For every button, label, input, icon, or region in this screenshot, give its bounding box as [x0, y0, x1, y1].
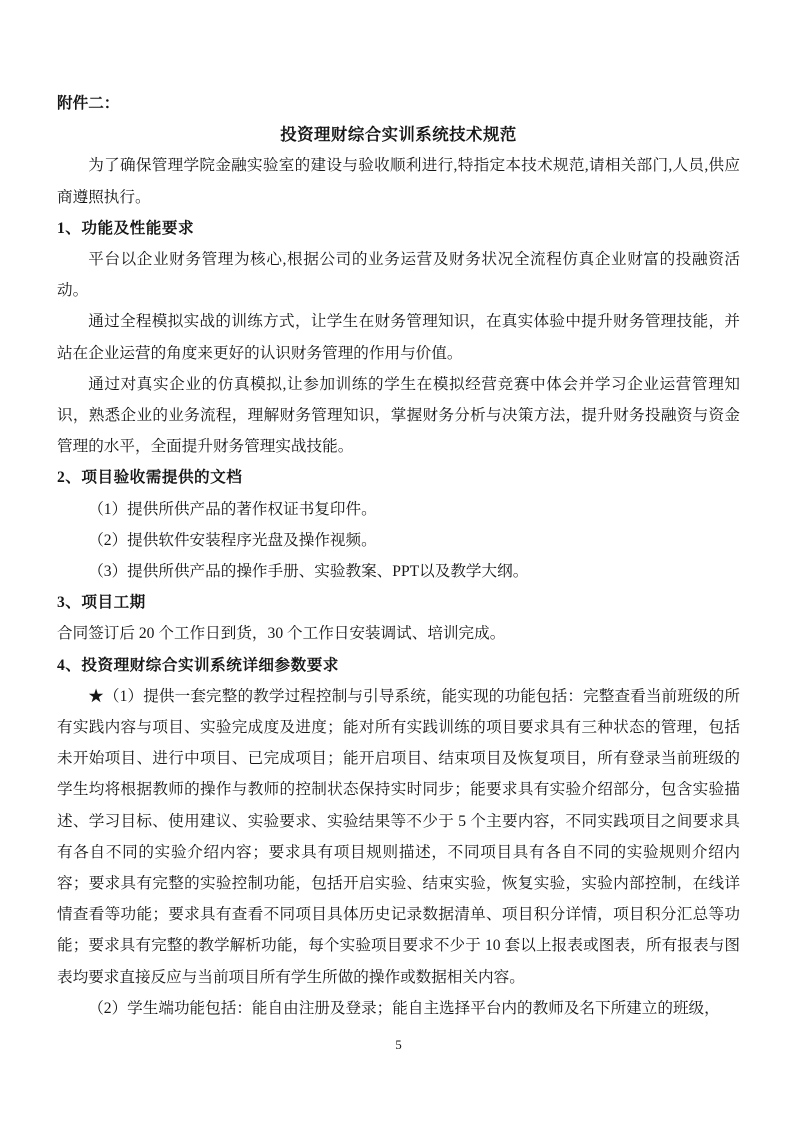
attachment-label: 附件二：: [57, 88, 740, 119]
section-4-heading: 4、投资理财综合实训系统详细参数要求: [57, 650, 740, 681]
section-2-item-2: （2）提供软件安装程序光盘及操作视频。: [57, 525, 740, 556]
section-4-paragraph-2: （2）学生端功能包括：能自由注册及登录；能自主选择平台内的教师及名下所建立的班级…: [57, 993, 740, 1024]
section-2-item-3: （3）提供所供产品的操作手册、实验教案、PPT以及教学大纲。: [57, 556, 740, 587]
section-2-item-1: （1）提供所供产品的著作权证书复印件。: [57, 494, 740, 525]
document-page: 附件二： 投资理财综合实训系统技术规范 为了确保管理学院金融实验室的建设与验收顺…: [0, 0, 793, 1122]
page-number: 5: [57, 1036, 740, 1054]
section-2-heading: 2、项目验收需提供的文档: [57, 462, 740, 493]
section-1-paragraph-2: 通过全程模拟实战的训练方式，让学生在财务管理知识，在真实体验中提升财务管理技能，…: [57, 306, 740, 368]
section-1-heading: 1、功能及性能要求: [57, 213, 740, 244]
document-content: 附件二： 投资理财综合实训系统技术规范 为了确保管理学院金融实验室的建设与验收顺…: [57, 88, 740, 1024]
section-3-heading: 3、项目工期: [57, 587, 740, 618]
intro-paragraph: 为了确保管理学院金融实验室的建设与验收顺利进行,特指定本技术规范,请相关部门,人…: [57, 150, 740, 212]
section-3-body: 合同签订后 20 个工作日到货，30 个工作日安装调试、培训完成。: [57, 618, 740, 649]
section-1-paragraph-3: 通过对真实企业的仿真模拟,让参加训练的学生在模拟经营竞赛中体会并学习企业运营管理…: [57, 369, 740, 463]
document-title: 投资理财综合实训系统技术规范: [57, 119, 740, 150]
section-4-paragraph-1: ★（1）提供一套完整的教学过程控制与引导系统，能实现的功能包括：完整查看当前班级…: [57, 681, 740, 993]
section-1-paragraph-1: 平台以企业财务管理为核心,根据公司的业务运营及财务状况全流程仿真企业财富的投融资…: [57, 244, 740, 306]
